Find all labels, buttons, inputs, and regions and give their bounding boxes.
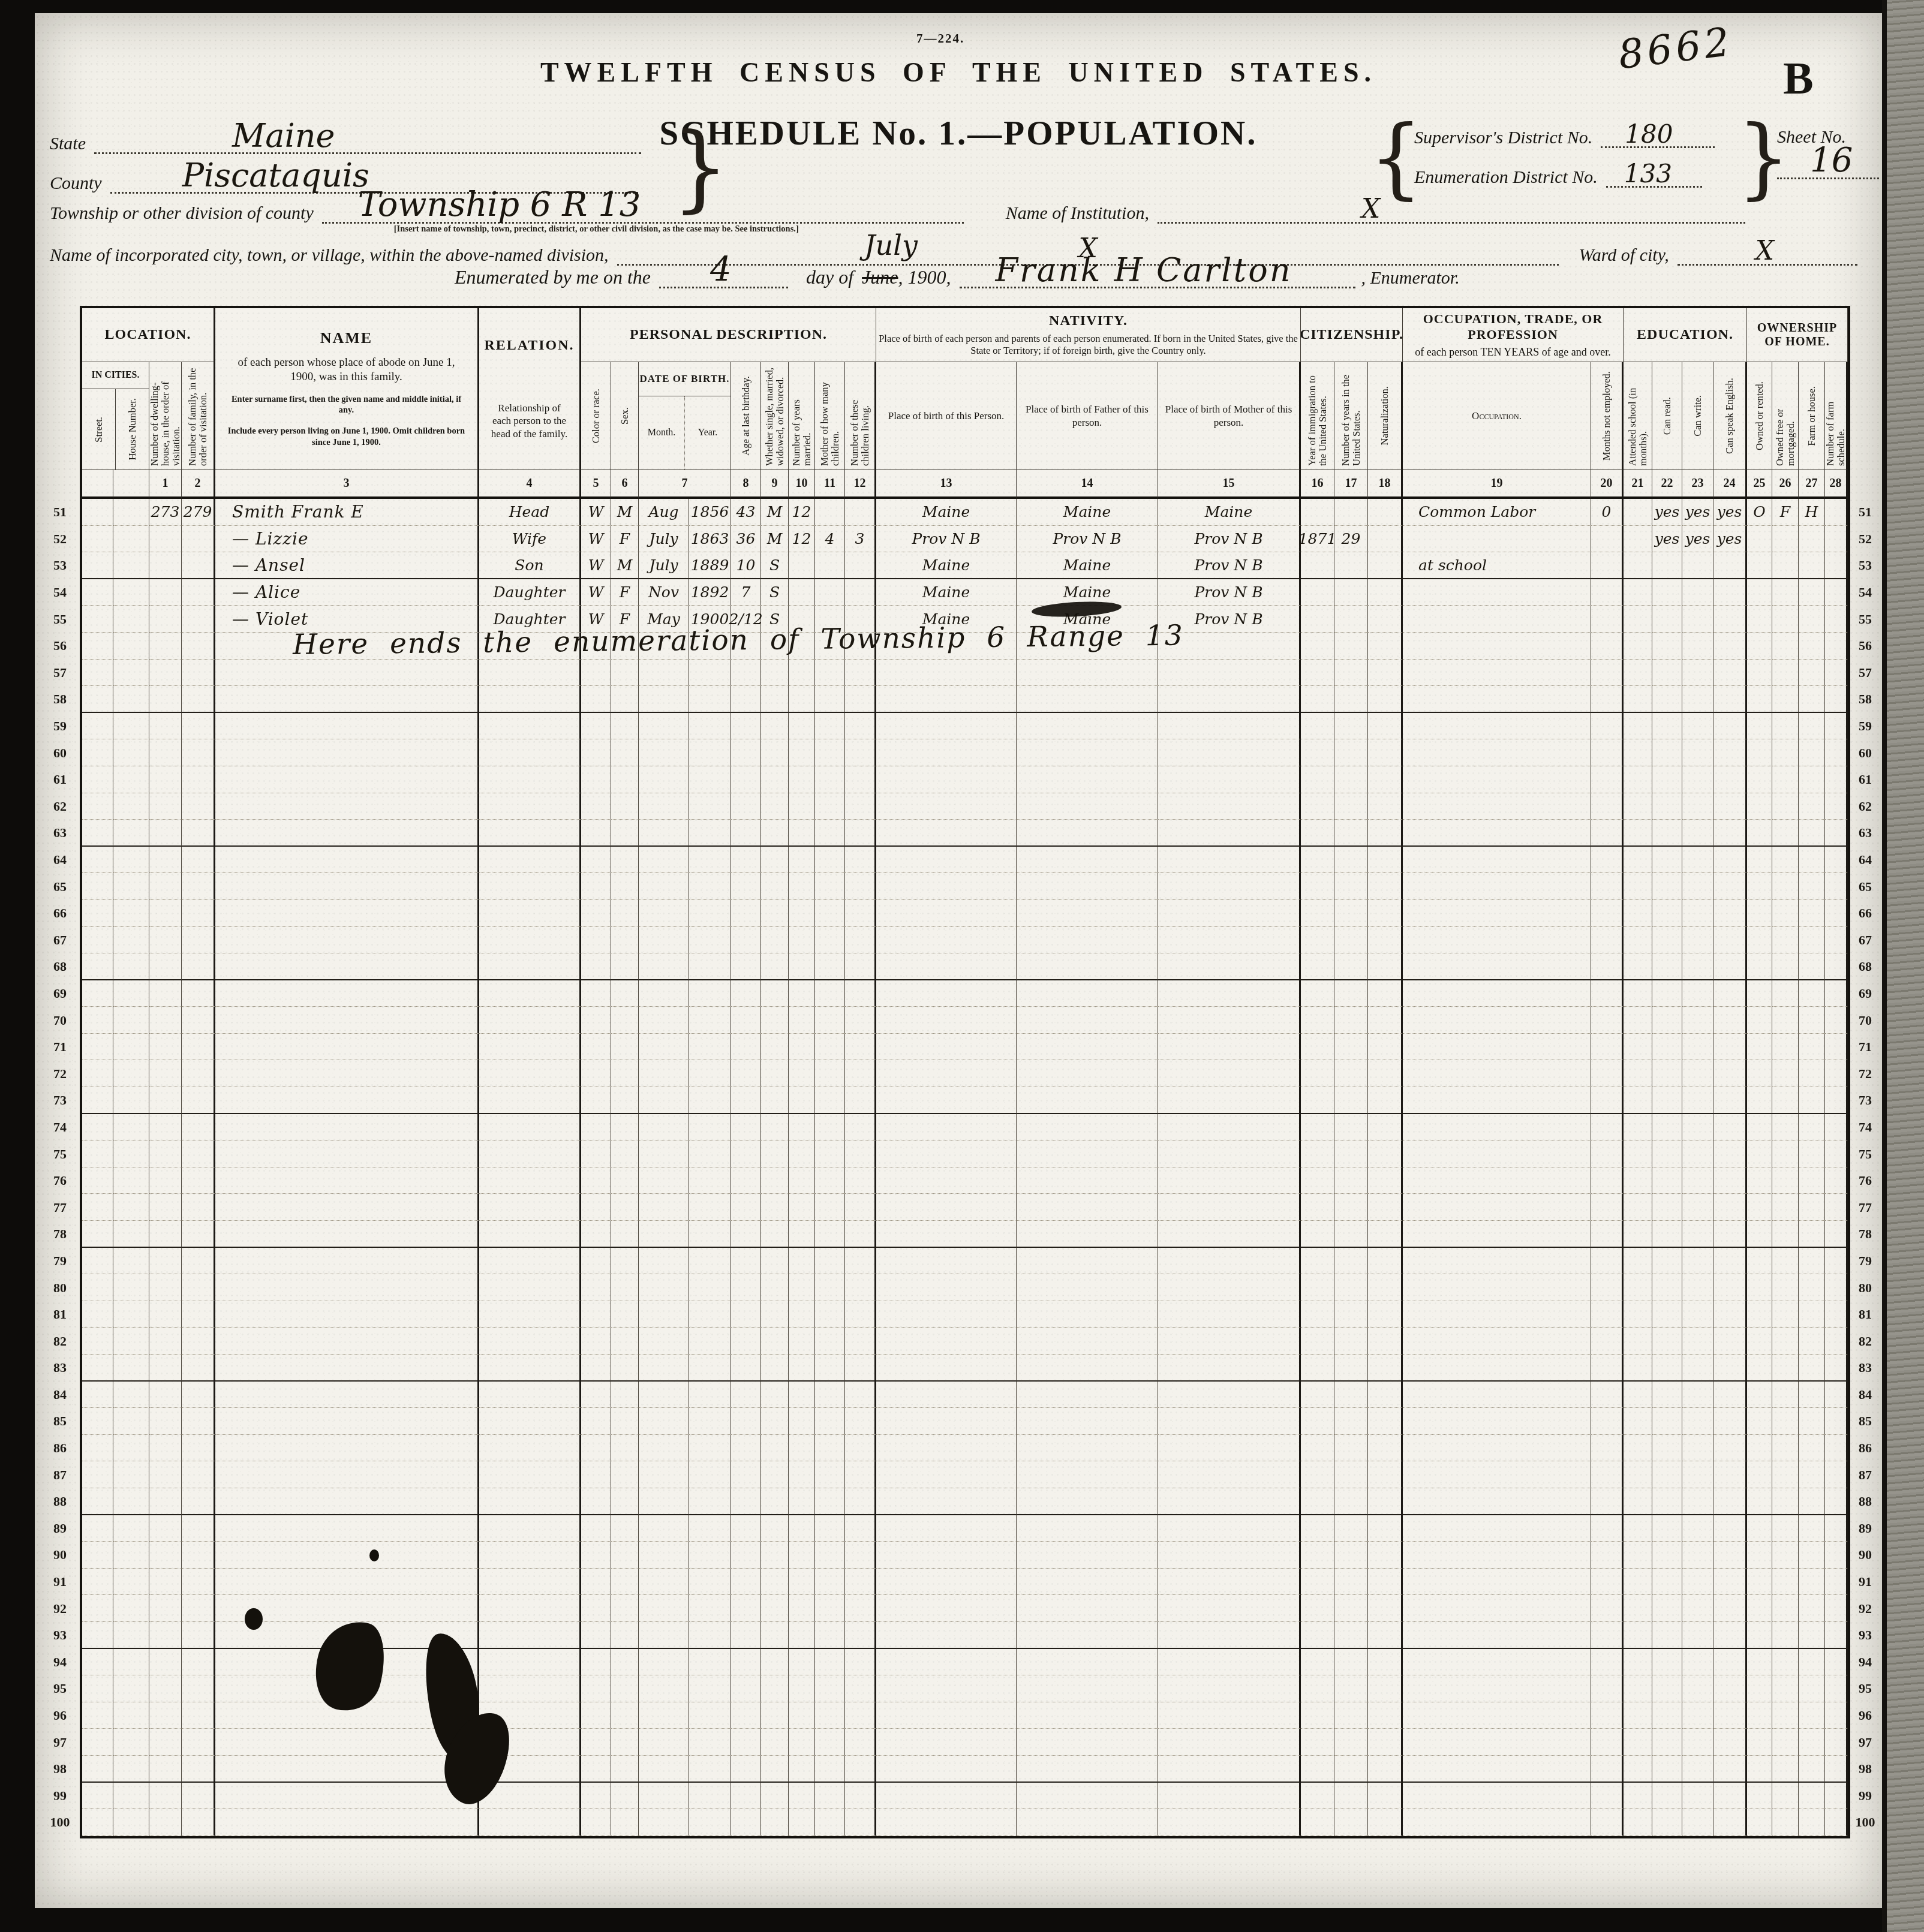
table-cell-r66-owned_rented [1747,900,1772,927]
table-cell-r70-name [215,1007,479,1034]
table-cell-r96-immigration_year [1301,1702,1334,1729]
table-cell-r79-months_not_employed [1591,1248,1624,1275]
table-cell-r69-year [689,980,731,1007]
table-cell-r89-children_living [845,1515,876,1542]
handwritten-entry: H [1805,503,1818,520]
table-cell-r83-years_married [789,1355,815,1382]
table-cell-r66-month [639,900,689,927]
table-cell-r77-school_months [1624,1194,1652,1221]
table-cell-r89-mother_birthplace [1158,1515,1301,1542]
table-cell-r65-mother_children [815,873,845,900]
table-cell-r94-street [82,1649,113,1676]
row-number: 60 [43,739,77,766]
table-cell-r69-can_read [1652,980,1682,1007]
table-cell-r82-school_months [1624,1328,1652,1355]
table-cell-r53-years_in_us [1334,552,1368,579]
table-cell-r78-name [215,1221,479,1248]
row-number: 54 [43,579,77,606]
table-cell-r94-mother_children [815,1649,845,1676]
table-cell-r73-years_married [789,1087,815,1114]
table-cell-r73-naturalization [1368,1087,1403,1114]
table-cell-r84-occupation [1403,1382,1591,1409]
row-number: 100 [43,1809,77,1836]
table-cell-r63-months_not_employed [1591,820,1624,847]
table-cell-r71-farm_schedule [1825,1034,1848,1061]
table-cell-r62-years_in_us [1334,793,1368,820]
table-cell-r58-birthplace [876,686,1017,713]
handwritten-entry: — Violet [232,609,308,629]
table-cell-r86-house [113,1435,149,1462]
table-cell-r97-color [581,1729,611,1756]
col-can-read: Can read. [1652,362,1682,470]
table-cell-r64-dwelling [149,847,182,874]
table-cell-r90-can_write [1682,1542,1713,1569]
table-cell-r91-years_married [789,1569,815,1596]
table-cell-r78-house [113,1221,149,1248]
table-cell-r80-years_married [789,1274,815,1301]
table-cell-r83-birthplace [876,1355,1017,1382]
table-cell-r100-school_months [1624,1809,1652,1836]
table-cell-r95-father_birthplace [1017,1675,1158,1702]
table-cell-r99-can_write [1682,1783,1713,1810]
table-cell-r59-occupation [1403,713,1591,740]
table-cell-r90-marital [761,1542,789,1569]
table-cell-r51-children_living [845,499,876,526]
table-cell-r54-dwelling [149,579,182,606]
table-cell-r77-farm_schedule [1825,1194,1848,1221]
table-cell-r63-farm_schedule [1825,820,1848,847]
table-cell-r90-farm_house [1799,1542,1825,1569]
table-cell-r79-immigration_year [1301,1248,1334,1275]
row-number: 57 [1848,660,1883,687]
row-number: 91 [1848,1569,1883,1596]
table-cell-r86-school_months [1624,1435,1652,1462]
table-cell-r87-children_living [845,1461,876,1488]
table-cell-r65-naturalization [1368,873,1403,900]
table-cell-r75-farm_schedule [1825,1140,1848,1167]
table-cell-r91-can_read [1652,1569,1682,1596]
table-cell-r89-immigration_year [1301,1515,1334,1542]
table-cell-r72-marital [761,1060,789,1087]
table-cell-r83-can_speak_english [1713,1355,1747,1382]
ward-line: X [1678,242,1857,266]
table-cell-r51-father_birthplace: Maine [1017,499,1158,526]
table-cell-r67-occupation [1403,927,1591,954]
sheet-value: 16 [1810,141,1853,180]
table-cell-r99-children_living [845,1783,876,1810]
table-cell-r91-farm_house [1799,1569,1825,1596]
table-cell-r90-year [689,1542,731,1569]
table-cell-r77-relation [479,1194,581,1221]
table-cell-r52-school_months [1624,526,1652,553]
table-cell-r94-owned_rented [1747,1649,1772,1676]
table-cell-r52-children_living: 3 [845,526,876,553]
table-cell-r69-immigration_year [1301,980,1334,1007]
column-number: 24 [1713,470,1747,499]
table-cell-r73-birthplace [876,1087,1017,1114]
table-cell-r94-mother_birthplace [1158,1649,1301,1676]
row-number: 99 [1848,1783,1883,1810]
table-cell-r57-can_speak_english [1713,660,1747,687]
table-cell-r66-naturalization [1368,900,1403,927]
table-cell-r76-relation [479,1167,581,1194]
table-cell-r85-birthplace [876,1408,1017,1435]
table-cell-r62-family [182,793,215,820]
table-cell-r64-house [113,847,149,874]
table-cell-r61-relation [479,766,581,793]
table-cell-r81-school_months [1624,1301,1652,1328]
table-cell-r61-owned_rented [1747,766,1772,793]
row-number: 87 [1848,1461,1883,1488]
table-cell-r96-school_months [1624,1702,1652,1729]
table-cell-r93-months_not_employed [1591,1622,1624,1649]
table-cell-r93-month [639,1622,689,1649]
table-cell-r63-can_read [1652,820,1682,847]
table-cell-r66-can_write [1682,900,1713,927]
table-cell-r75-immigration_year [1301,1140,1334,1167]
row-number: 87 [43,1461,77,1488]
table-cell-r88-children_living [845,1488,876,1515]
table-cell-r68-children_living [845,953,876,980]
table-cell-r75-owned_rented [1747,1140,1772,1167]
table-cell-r51-family: 279 [182,499,215,526]
table-cell-r74-can_speak_english [1713,1114,1747,1141]
table-cell-r81-years_married [789,1301,815,1328]
table-cell-r73-can_read [1652,1087,1682,1114]
table-cell-r76-farm_schedule [1825,1167,1848,1194]
table-cell-r91-dwelling [149,1569,182,1596]
table-cell-r70-owned_rented [1747,1007,1772,1034]
table-cell-r54-occupation [1403,579,1591,606]
table-cell-r64-can_write [1682,847,1713,874]
table-cell-r71-month [639,1034,689,1061]
table-cell-r70-year [689,1007,731,1034]
table-cell-r73-owned_free_mortgaged [1772,1087,1799,1114]
table-cell-r84-relation [479,1382,581,1409]
table-cell-r52-can_read: yes [1652,526,1682,553]
table-cell-r59-owned_rented [1747,713,1772,740]
table-cell-r80-can_read [1652,1274,1682,1301]
table-cell-r68-street [82,953,113,980]
table-cell-r87-dwelling [149,1461,182,1488]
table-cell-r57-mother_children [815,660,845,687]
table-cell-r53-name: — Ansel [215,552,479,579]
table-cell-r99-years_in_us [1334,1783,1368,1810]
table-cell-r53-year: 1889 [689,552,731,579]
table-cell-r81-dwelling [149,1301,182,1328]
table-cell-r57-marital [761,660,789,687]
table-cell-r81-can_read [1652,1301,1682,1328]
table-cell-r86-farm_house [1799,1435,1825,1462]
table-cell-r72-immigration_year [1301,1060,1334,1087]
table-cell-r78-years_in_us [1334,1221,1368,1248]
table-cell-r51-name: Smith Frank E [215,499,479,526]
table-cell-r99-father_birthplace [1017,1783,1158,1810]
table-cell-r83-street [82,1355,113,1382]
ward-value: X [1755,236,1774,266]
table-cell-r53-farm_house [1799,552,1825,579]
table-cell-r58-farm_house [1799,686,1825,713]
row-number: 62 [1848,793,1883,820]
row-number: 68 [43,953,77,980]
table-cell-r93-mother_children [815,1622,845,1649]
row-number: 80 [43,1274,77,1301]
table-cell-r65-children_living [845,873,876,900]
table-cell-r71-year [689,1034,731,1061]
table-cell-r73-can_write [1682,1087,1713,1114]
table-cell-r72-can_speak_english [1713,1060,1747,1087]
table-cell-r100-children_living [845,1809,876,1836]
table-cell-r53-occupation: at school [1403,552,1591,579]
table-cell-r87-years_in_us [1334,1461,1368,1488]
table-cell-r72-mother_children [815,1060,845,1087]
col-attended-school: Attended school (in months). [1624,362,1652,470]
table-cell-r88-years_married [789,1488,815,1515]
table-cell-r93-relation [479,1622,581,1649]
table-cell-r64-immigration_year [1301,847,1334,874]
row-number: 51 [43,499,77,526]
table-cell-r82-years_married [789,1328,815,1355]
table-cell-r69-father_birthplace [1017,980,1158,1007]
table-cell-r57-can_read [1652,660,1682,687]
table-cell-r55-can_write [1682,606,1713,633]
row-number: 94 [43,1649,77,1676]
table-cell-r76-mother_birthplace [1158,1167,1301,1194]
table-cell-r52-occupation [1403,526,1591,553]
table-cell-r72-birthplace [876,1060,1017,1087]
table-cell-r66-owned_free_mortgaged [1772,900,1799,927]
table-cell-r90-name [215,1542,479,1569]
table-cell-r53-mother_birthplace: Prov N B [1158,552,1301,579]
table-cell-r100-dwelling [149,1809,182,1836]
row-number: 66 [43,900,77,927]
table-cell-r79-can_write [1682,1248,1713,1275]
table-cell-r66-street [82,900,113,927]
table-cell-r70-street [82,1007,113,1034]
table-cell-r57-farm_schedule [1825,660,1848,687]
table-cell-r54-farm_house [1799,579,1825,606]
table-cell-r99-owned_rented [1747,1783,1772,1810]
table-cell-r98-mother_children [815,1756,845,1783]
table-cell-r54-birthplace: Maine [876,579,1017,606]
table-cell-r82-dwelling [149,1328,182,1355]
supervisor-district-value: 180 [1625,119,1673,149]
table-cell-r61-school_months [1624,766,1652,793]
table-cell-r81-house [113,1301,149,1328]
enumeration-district-field: Enumeration District No. 133 [1414,164,1702,188]
table-cell-r60-can_read [1652,739,1682,766]
col-birthplace: Place of birth of this Person. [876,362,1017,470]
table-cell-r85-age [731,1408,761,1435]
table-cell-r75-mother_birthplace [1158,1140,1301,1167]
table-cell-r75-house [113,1140,149,1167]
table-cell-r74-father_birthplace [1017,1114,1158,1141]
table-cell-r74-farm_house [1799,1114,1825,1141]
table-cell-r87-color [581,1461,611,1488]
col-children-living: Number of these children living. [845,362,876,470]
table-cell-r100-years_in_us [1334,1809,1368,1836]
table-cell-r81-father_birthplace [1017,1301,1158,1328]
ink-blot [245,1608,263,1630]
relation-note: Relationship of each person to the head … [488,402,571,440]
table-cell-r97-marital [761,1729,789,1756]
table-cell-r77-mother_children [815,1194,845,1221]
table-cell-r79-dwelling [149,1248,182,1275]
row-number: 73 [1848,1087,1883,1114]
table-cell-r58-immigration_year [1301,686,1334,713]
table-cell-r88-school_months [1624,1488,1652,1515]
table-cell-r91-owned_free_mortgaged [1772,1569,1799,1596]
table-cell-r100-years_married [789,1809,815,1836]
table-cell-r69-month [639,980,689,1007]
table-cell-r73-sex [611,1087,639,1114]
table-cell-r68-father_birthplace [1017,953,1158,980]
table-cell-r77-house [113,1194,149,1221]
table-cell-r71-age [731,1034,761,1061]
handwritten-entry: Wife [512,530,546,547]
table-cell-r73-age [731,1087,761,1114]
table-cell-r80-birthplace [876,1274,1017,1301]
handwritten-entry: Daughter [494,583,566,601]
table-cell-r70-years_married [789,1007,815,1034]
table-cell-r90-children_living [845,1542,876,1569]
census-scan-page: 7—224. TWELFTH CENSUS OF THE UNITED STAT… [0,0,1924,1932]
table-cell-r58-mother_birthplace [1158,686,1301,713]
table-cell-r58-owned_free_mortgaged [1772,686,1799,713]
table-cell-r85-school_months [1624,1408,1652,1435]
table-cell-r93-school_months [1624,1622,1652,1649]
handwritten-entry: S [769,556,780,574]
dob-title: DATE OF BIRTH. [639,362,730,396]
table-cell-r90-birthplace [876,1542,1017,1569]
institution-value: X [1361,194,1380,224]
handwritten-entry: W [588,503,604,520]
table-cell-r63-house [113,820,149,847]
table-cell-r83-years_in_us [1334,1355,1368,1382]
table-cell-r64-mother_birthplace [1158,847,1301,874]
table-cell-r91-family [182,1569,215,1596]
row-number: 55 [1848,606,1883,633]
table-cell-r64-family [182,847,215,874]
table-cell-r52-dwelling [149,526,182,553]
table-cell-r79-color [581,1248,611,1275]
table-cell-r61-father_birthplace [1017,766,1158,793]
table-cell-r96-months_not_employed [1591,1702,1624,1729]
table-cell-r92-can_write [1682,1595,1713,1622]
table-cell-r96-mother_birthplace [1158,1702,1301,1729]
census-table: LOCATION. NAME of each person whose plac… [80,306,1850,1838]
table-cell-r64-occupation [1403,847,1591,874]
table-cell-r84-age [731,1382,761,1409]
table-cell-r72-age [731,1060,761,1087]
table-cell-r100-relation [479,1809,581,1836]
table-cell-r63-name [215,820,479,847]
column-number: 8 [731,470,761,499]
table-cell-r66-school_months [1624,900,1652,927]
table-cell-r68-can_speak_english [1713,953,1747,980]
table-cell-r75-relation [479,1140,581,1167]
table-cell-r54-naturalization [1368,579,1403,606]
table-cell-r81-mother_birthplace [1158,1301,1301,1328]
table-cell-r70-family [182,1007,215,1034]
name-note2: Enter surname first, then the given name… [224,394,469,417]
handwritten-entry: F [620,530,630,547]
table-cell-r79-years_married [789,1248,815,1275]
table-cell-r86-occupation [1403,1435,1591,1462]
row-number: 54 [1848,579,1883,606]
col-father-birthplace: Place of birth of Father of this person. [1017,362,1158,470]
table-cell-r60-year [689,739,731,766]
table-cell-r51-year: 1856 [689,499,731,526]
table-cell-r89-farm_house [1799,1515,1825,1542]
ward-label: Ward of city, [1579,245,1678,266]
table-cell-r79-age [731,1248,761,1275]
table-cell-r80-owned_free_mortgaged [1772,1274,1799,1301]
table-cell-r85-owned_rented [1747,1408,1772,1435]
table-cell-r83-name [215,1355,479,1382]
table-cell-r51-immigration_year [1301,499,1334,526]
table-cell-r78-family [182,1221,215,1248]
table-cell-r51-farm_house: H [1799,499,1825,526]
table-cell-r80-family [182,1274,215,1301]
ink-speck [369,1549,379,1561]
column-number: 28 [1825,470,1848,499]
table-cell-r62-owned_rented [1747,793,1772,820]
table-cell-r81-occupation [1403,1301,1591,1328]
table-cell-r86-age [731,1435,761,1462]
table-cell-r61-birthplace [876,766,1017,793]
table-cell-r63-can_speak_english [1713,820,1747,847]
table-cell-r51-birthplace: Maine [876,499,1017,526]
table-cell-r100-farm_schedule [1825,1809,1848,1836]
table-cell-r94-owned_free_mortgaged [1772,1649,1799,1676]
handwritten-entry: yes [1685,503,1710,520]
table-cell-r77-can_read [1652,1194,1682,1221]
table-cell-r74-relation [479,1114,581,1141]
table-cell-r79-children_living [845,1248,876,1275]
table-cell-r98-month [639,1756,689,1783]
table-cell-r71-children_living [845,1034,876,1061]
table-cell-r77-children_living [845,1194,876,1221]
row-number: 71 [1848,1034,1883,1061]
form-number: 7—224. [916,31,964,46]
table-cell-r98-naturalization [1368,1756,1403,1783]
table-cell-r73-occupation [1403,1087,1591,1114]
table-cell-r73-street [82,1087,113,1114]
table-cell-r87-relation [479,1461,581,1488]
table-cell-r74-street [82,1114,113,1141]
table-cell-r85-occupation [1403,1408,1591,1435]
city-label: Name of incorporated city, town, or vill… [50,245,617,266]
table-cell-r75-children_living [845,1140,876,1167]
table-cell-r72-color [581,1060,611,1087]
table-cell-r58-year [689,686,731,713]
table-cell-r58-farm_schedule [1825,686,1848,713]
table-cell-r99-birthplace [876,1783,1017,1810]
table-cell-r86-children_living [845,1435,876,1462]
table-cell-r74-birthplace [876,1114,1017,1141]
table-cell-r73-dwelling [149,1087,182,1114]
table-cell-r77-years_in_us [1334,1194,1368,1221]
table-cell-r83-farm_schedule [1825,1355,1848,1382]
group-citizenship: CITIZENSHIP. [1301,308,1403,362]
table-cell-r94-school_months [1624,1649,1652,1676]
table-cell-r75-marital [761,1140,789,1167]
col-mother-children: Mother of how many children. [815,362,845,470]
table-cell-r68-family [182,953,215,980]
table-cell-r77-marital [761,1194,789,1221]
table-cell-r94-age [731,1649,761,1676]
